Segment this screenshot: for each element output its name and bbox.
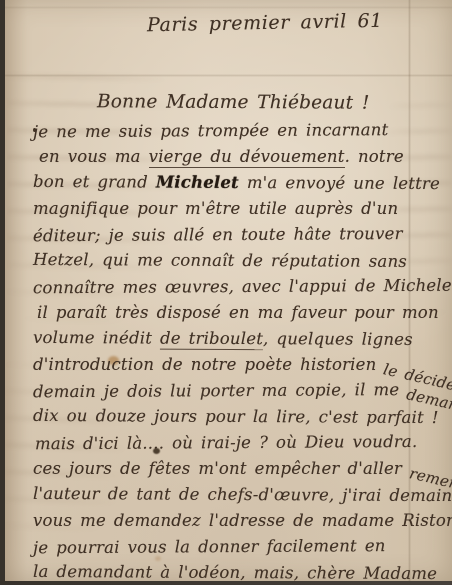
letter-text-segment: Michelet	[156, 173, 239, 192]
letter-line: je pourrai vous la donner facilement en	[33, 533, 450, 562]
letter-text-segment: demain je dois lui porter ma copie, il m…	[33, 380, 407, 401]
letter-page: Paris premier avril 61 Bonne Madame Thié…	[5, 0, 452, 581]
letter-line: ces jours de fêtes m'ont empêcher d'alle…	[33, 456, 450, 482]
letter-line: Bonne Madame Thiébeaut !	[33, 87, 450, 119]
letter-text-segment: , quelques lignes	[263, 329, 413, 349]
letter-text-segment: . notre	[345, 147, 404, 166]
letter-line: en vous ma vierge du dévouement. notre	[33, 144, 450, 170]
letter-text-segment: dix ou douze jours pour la lire, c'est p…	[33, 406, 439, 427]
letter-text-segment: vierge du dévouement	[149, 147, 345, 168]
letter-line: dix ou douze jours pour la lire, c'est p…	[33, 403, 450, 431]
letter-line: je ne me suis pas trompée en incarnant	[33, 117, 450, 146]
letter-text-segment: la demandant à l'odéon, mais, chère Mada…	[33, 562, 437, 581]
letter-line: éditeur; je suis allé en toute hâte trou…	[33, 221, 450, 250]
letter-text-segment: je pourrai vous la donner facilement en	[33, 536, 386, 557]
letter-line: bon et grand Michelet m'a envoyé une let…	[33, 169, 450, 197]
letter-photo: Paris premier avril 61 Bonne Madame Thié…	[0, 0, 452, 585]
letter-text-segment: éditeur; je suis allé en toute hâte trou…	[33, 224, 403, 245]
letter-text-segment: Hetzel, qui me connaît de réputation san…	[33, 250, 407, 271]
letter-body: Bonne Madame Thiébeaut !je ne me suis pa…	[33, 88, 450, 581]
letter-line: mais d'ici là.... où irai-je ? où Dieu v…	[33, 429, 450, 458]
letter-text-segment: connaître mes œuvres, avec l'appui de Mi…	[33, 276, 452, 298]
letter-line: magnifique pour m'être utile auprès d'un	[33, 196, 450, 222]
letter-line: il paraît très disposé en ma faveur pour…	[33, 300, 450, 326]
letter-text-segment: mais d'ici là.... où irai-je ? où Dieu v…	[35, 432, 417, 453]
letter-text-segment: vous me demandez l'adresse de madame Ris…	[33, 511, 452, 530]
letter-text-segment: de triboulet	[160, 329, 263, 351]
letter-line: l'auteur de tant de chefs-d'œuvre, j'ira…	[33, 481, 450, 509]
letter-line: volume inédit de triboulet, quelques lig…	[33, 325, 450, 353]
letter-text-segment: m'a envoyé une lettre	[239, 173, 440, 193]
letter-text-segment: d'introduction de notre poète historien	[33, 355, 384, 374]
paper-fold-crease	[5, 74, 452, 77]
letter-text-segment: bon et grand	[33, 172, 156, 192]
letter-line: Hetzel, qui me connaît de réputation san…	[33, 247, 450, 275]
letter-dateline: Paris premier avril 61	[147, 10, 383, 37]
letter-line: d'introduction de notre poète historien …	[33, 352, 450, 378]
letter-text-segment: en vous ma	[39, 147, 149, 166]
letter-text-segment: l'auteur de tant de chefs-d'œuvre, j'ira…	[33, 484, 452, 505]
letter-text-segment: je ne me suis pas trompée en incarnant	[33, 120, 388, 141]
letter-line: la demandant à l'odéon, mais, chère Mada…	[33, 559, 450, 581]
letter-line: demain je dois lui porter ma copie, il m…	[33, 377, 450, 406]
paper-fold-crease	[5, 6, 452, 9]
letter-text-segment: ces jours de fêtes m'ont empêcher d'alle…	[33, 459, 410, 478]
letter-text-segment: magnifique pour m'être utile auprès d'un	[33, 199, 398, 218]
letter-text-segment: Bonne Madame Thiébeaut !	[97, 91, 370, 113]
letter-line: connaître mes œuvres, avec l'appui de Mi…	[33, 273, 450, 302]
letter-line: vous me demandez l'adresse de madame Ris…	[33, 508, 450, 534]
letter-text-segment: volume inédit	[33, 328, 160, 348]
letter-text-segment: il paraît très disposé en ma faveur pour…	[37, 303, 439, 322]
